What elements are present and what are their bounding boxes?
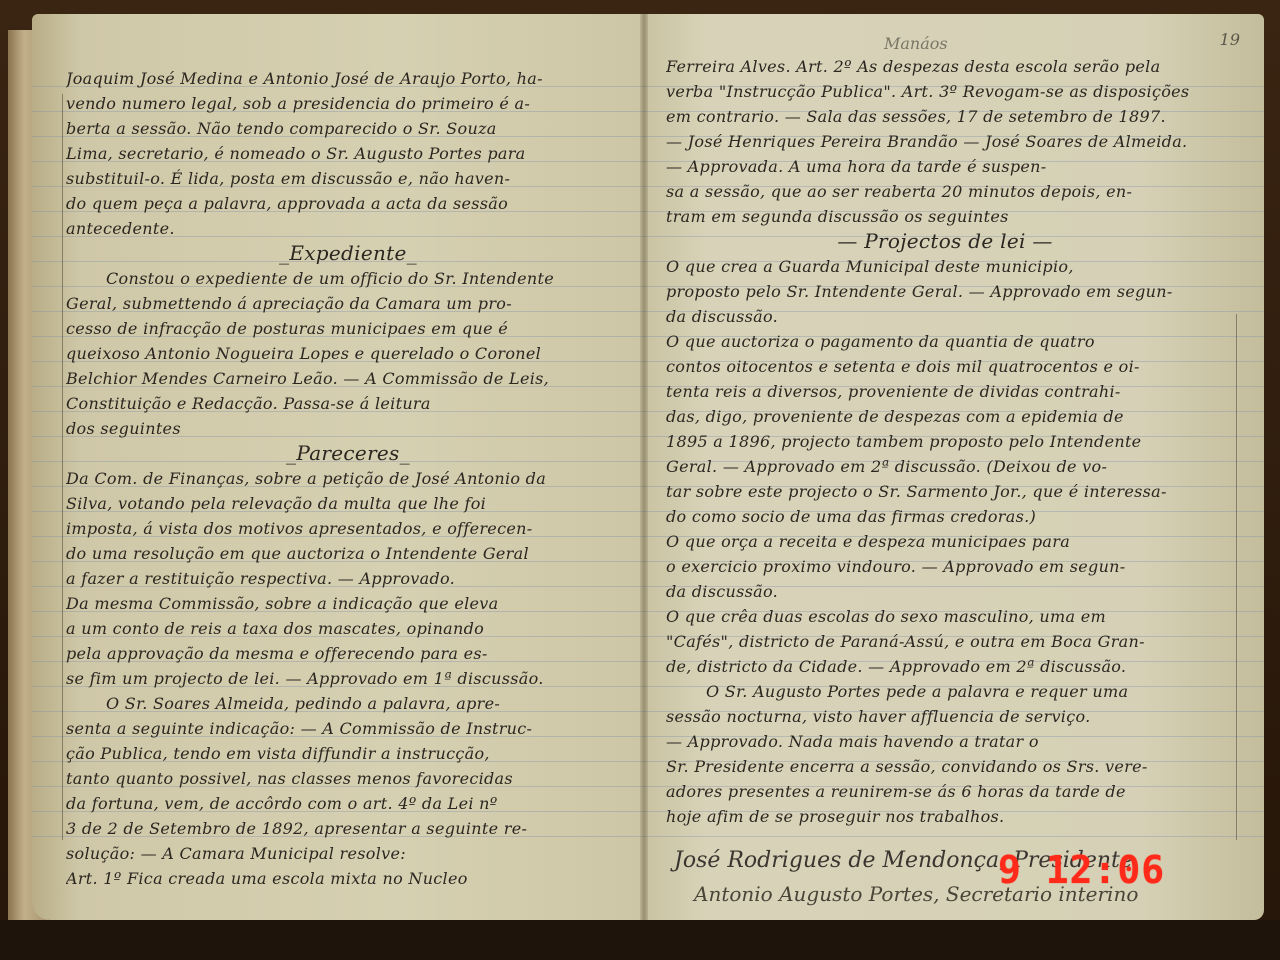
handwritten-line: O que auctoriza o pagamento da quantia d…: [666, 329, 1224, 354]
handwritten-line: sa a sessão, que ao ser reaberta 20 minu…: [666, 179, 1224, 204]
handwritten-line: senta a seguinte indicação: — A Commissã…: [66, 716, 630, 741]
handwritten-line: dos seguintes: [66, 416, 630, 441]
right-page-text: Ferreira Alves. Art. 2º As despezas dest…: [666, 54, 1224, 829]
handwritten-line: Da mesma Commissão, sobre a indicação qu…: [66, 591, 630, 616]
handwritten-line: a fazer a restituição respectiva. — Appr…: [66, 566, 630, 591]
handwritten-line: da fortuna, vem, de accôrdo com o art. 4…: [66, 791, 630, 816]
page-header-word: Manáos: [884, 34, 948, 53]
handwritten-line: Art. 1º Fica creada uma escola mixta no …: [66, 866, 630, 891]
handwritten-line: — Approvada. A uma hora da tarde é suspe…: [666, 154, 1224, 179]
handwritten-line: berta a sessão. Não tendo comparecido o …: [66, 116, 630, 141]
handwritten-line: se fim um projecto de lei. — Approvado e…: [66, 666, 630, 691]
handwritten-line: antecedente.: [66, 216, 630, 241]
handwritten-line: do quem peça a palavra, approvada a acta…: [66, 191, 630, 216]
handwritten-line: hoje afim de se proseguir nos trabalhos.: [666, 804, 1224, 829]
handwritten-line: Geral, submettendo á apreciação da Camar…: [66, 291, 630, 316]
handwritten-line: — José Henriques Pereira Brandão — José …: [666, 129, 1224, 154]
handwritten-line: da discussão.: [666, 304, 1224, 329]
margin-line: [1236, 314, 1237, 840]
handwritten-line: sessão nocturna, visto haver affluencia …: [666, 704, 1224, 729]
handwritten-line: solução: — A Camara Municipal resolve:: [66, 841, 630, 866]
handwritten-line: substituil-o. É lida, posta em discussão…: [66, 166, 630, 191]
handwritten-line: Da Com. de Finanças, sobre a petição de …: [66, 466, 630, 491]
handwritten-line: tenta reis a diversos, proveniente de di…: [666, 379, 1224, 404]
handwritten-line: Belchior Mendes Carneiro Leão. — A Commi…: [66, 366, 630, 391]
handwritten-line: O Sr. Augusto Portes pede a palavra e re…: [666, 679, 1224, 704]
handwritten-line: Silva, votando pela relevação da multa q…: [66, 491, 630, 516]
handwritten-line: Constituição e Redacção. Passa-se á leit…: [66, 391, 630, 416]
handwritten-line: tanto quanto possivel, nas classes menos…: [66, 766, 630, 791]
handwritten-line: ção Publica, tendo em vista diffundir a …: [66, 741, 630, 766]
handwritten-line: Joaquim José Medina e Antonio José de Ar…: [66, 66, 630, 91]
section-heading: _Expediente_: [66, 241, 630, 266]
handwritten-line: cesso de infracção de posturas municipae…: [66, 316, 630, 341]
handwritten-line: de, districto da Cidade. — Approvado em …: [666, 654, 1224, 679]
handwritten-line: das, digo, proveniente de despezas com a…: [666, 404, 1224, 429]
right-page: Manáos 19 Ferreira Alves. Art. 2º As des…: [644, 14, 1264, 920]
handwritten-line: proposto pelo Sr. Intendente Geral. — Ap…: [666, 279, 1224, 304]
handwritten-line: tar sobre este projecto o Sr. Sarmento J…: [666, 479, 1224, 504]
handwritten-line: contos oitocentos e setenta e dois mil q…: [666, 354, 1224, 379]
handwritten-line: Constou o expediente de um officio do Sr…: [66, 266, 630, 291]
book-gutter: [640, 14, 648, 920]
section-heading: — Projectos de lei —: [666, 229, 1224, 254]
handwritten-line: a um conto de reis a taxa dos mascates, …: [66, 616, 630, 641]
handwritten-line: O Sr. Soares Almeida, pedindo a palavra,…: [66, 691, 630, 716]
margin-line: [62, 94, 63, 840]
handwritten-line: tram em segunda discussão os seguintes: [666, 204, 1224, 229]
handwritten-line: o exercicio proximo vindouro. — Approvad…: [666, 554, 1224, 579]
handwritten-line: adores presentes a reunirem-se ás 6 hora…: [666, 779, 1224, 804]
handwritten-line: da discussão.: [666, 579, 1224, 604]
handwritten-line: Lima, secretario, é nomeado o Sr. August…: [66, 141, 630, 166]
handwritten-line: O que crea a Guarda Municipal deste muni…: [666, 254, 1224, 279]
handwritten-line: Sr. Presidente encerra a sessão, convida…: [666, 754, 1224, 779]
left-page-text: Joaquim José Medina e Antonio José de Ar…: [66, 66, 630, 891]
handwritten-line: verba "Instrucção Publica". Art. 3º Revo…: [666, 79, 1224, 104]
handwritten-line: imposta, á vista dos motivos apresentado…: [66, 516, 630, 541]
handwritten-line: queixoso Antonio Nogueira Lopes e querel…: [66, 341, 630, 366]
handwritten-line: 3 de 2 de Setembro de 1892, apresentar a…: [66, 816, 630, 841]
camera-timestamp: 9 12:06: [998, 848, 1165, 892]
handwritten-line: "Cafés", districto de Paraná-Assú, e out…: [666, 629, 1224, 654]
handwritten-line: em contrario. — Sala das sessões, 17 de …: [666, 104, 1224, 129]
handwritten-line: Ferreira Alves. Art. 2º As despezas dest…: [666, 54, 1224, 79]
book-bottom-edge: [0, 920, 1280, 960]
handwritten-line: 1895 a 1896, projecto tambem proposto pe…: [666, 429, 1224, 454]
handwritten-line: Geral. — Approvado em 2ª discussão. (Dei…: [666, 454, 1224, 479]
section-heading: _Pareceres_: [66, 441, 630, 466]
handwritten-line: O que crêa duas escolas do sexo masculin…: [666, 604, 1224, 629]
page-number: 19: [1220, 30, 1240, 49]
handwritten-line: pela approvação da mesma e offerecendo p…: [66, 641, 630, 666]
handwritten-line: vendo numero legal, sob a presidencia do…: [66, 91, 630, 116]
handwritten-line: do como socio de uma das firmas credoras…: [666, 504, 1224, 529]
left-page: Joaquim José Medina e Antonio José de Ar…: [32, 14, 644, 920]
handwritten-line: do uma resolução em que auctoriza o Inte…: [66, 541, 630, 566]
handwritten-line: O que orça a receita e despeza municipae…: [666, 529, 1224, 554]
handwritten-line: — Approvado. Nada mais havendo a tratar …: [666, 729, 1224, 754]
